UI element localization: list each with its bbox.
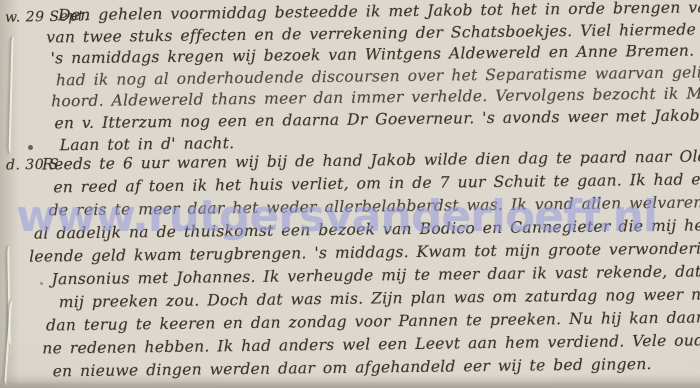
manuscript-page: w. 29 Sept. Den gehelen voormiddag beste…	[0, 0, 700, 388]
ink-speck	[40, 282, 43, 285]
bottom-page-edge	[0, 381, 700, 388]
ink-speck	[28, 145, 33, 150]
diary-entry: Den gehelen voormiddag besteedde ik met …	[0, 0, 700, 158]
diary-entry: Reeds te 6 uur waren wij bij de hand Jak…	[0, 147, 700, 386]
